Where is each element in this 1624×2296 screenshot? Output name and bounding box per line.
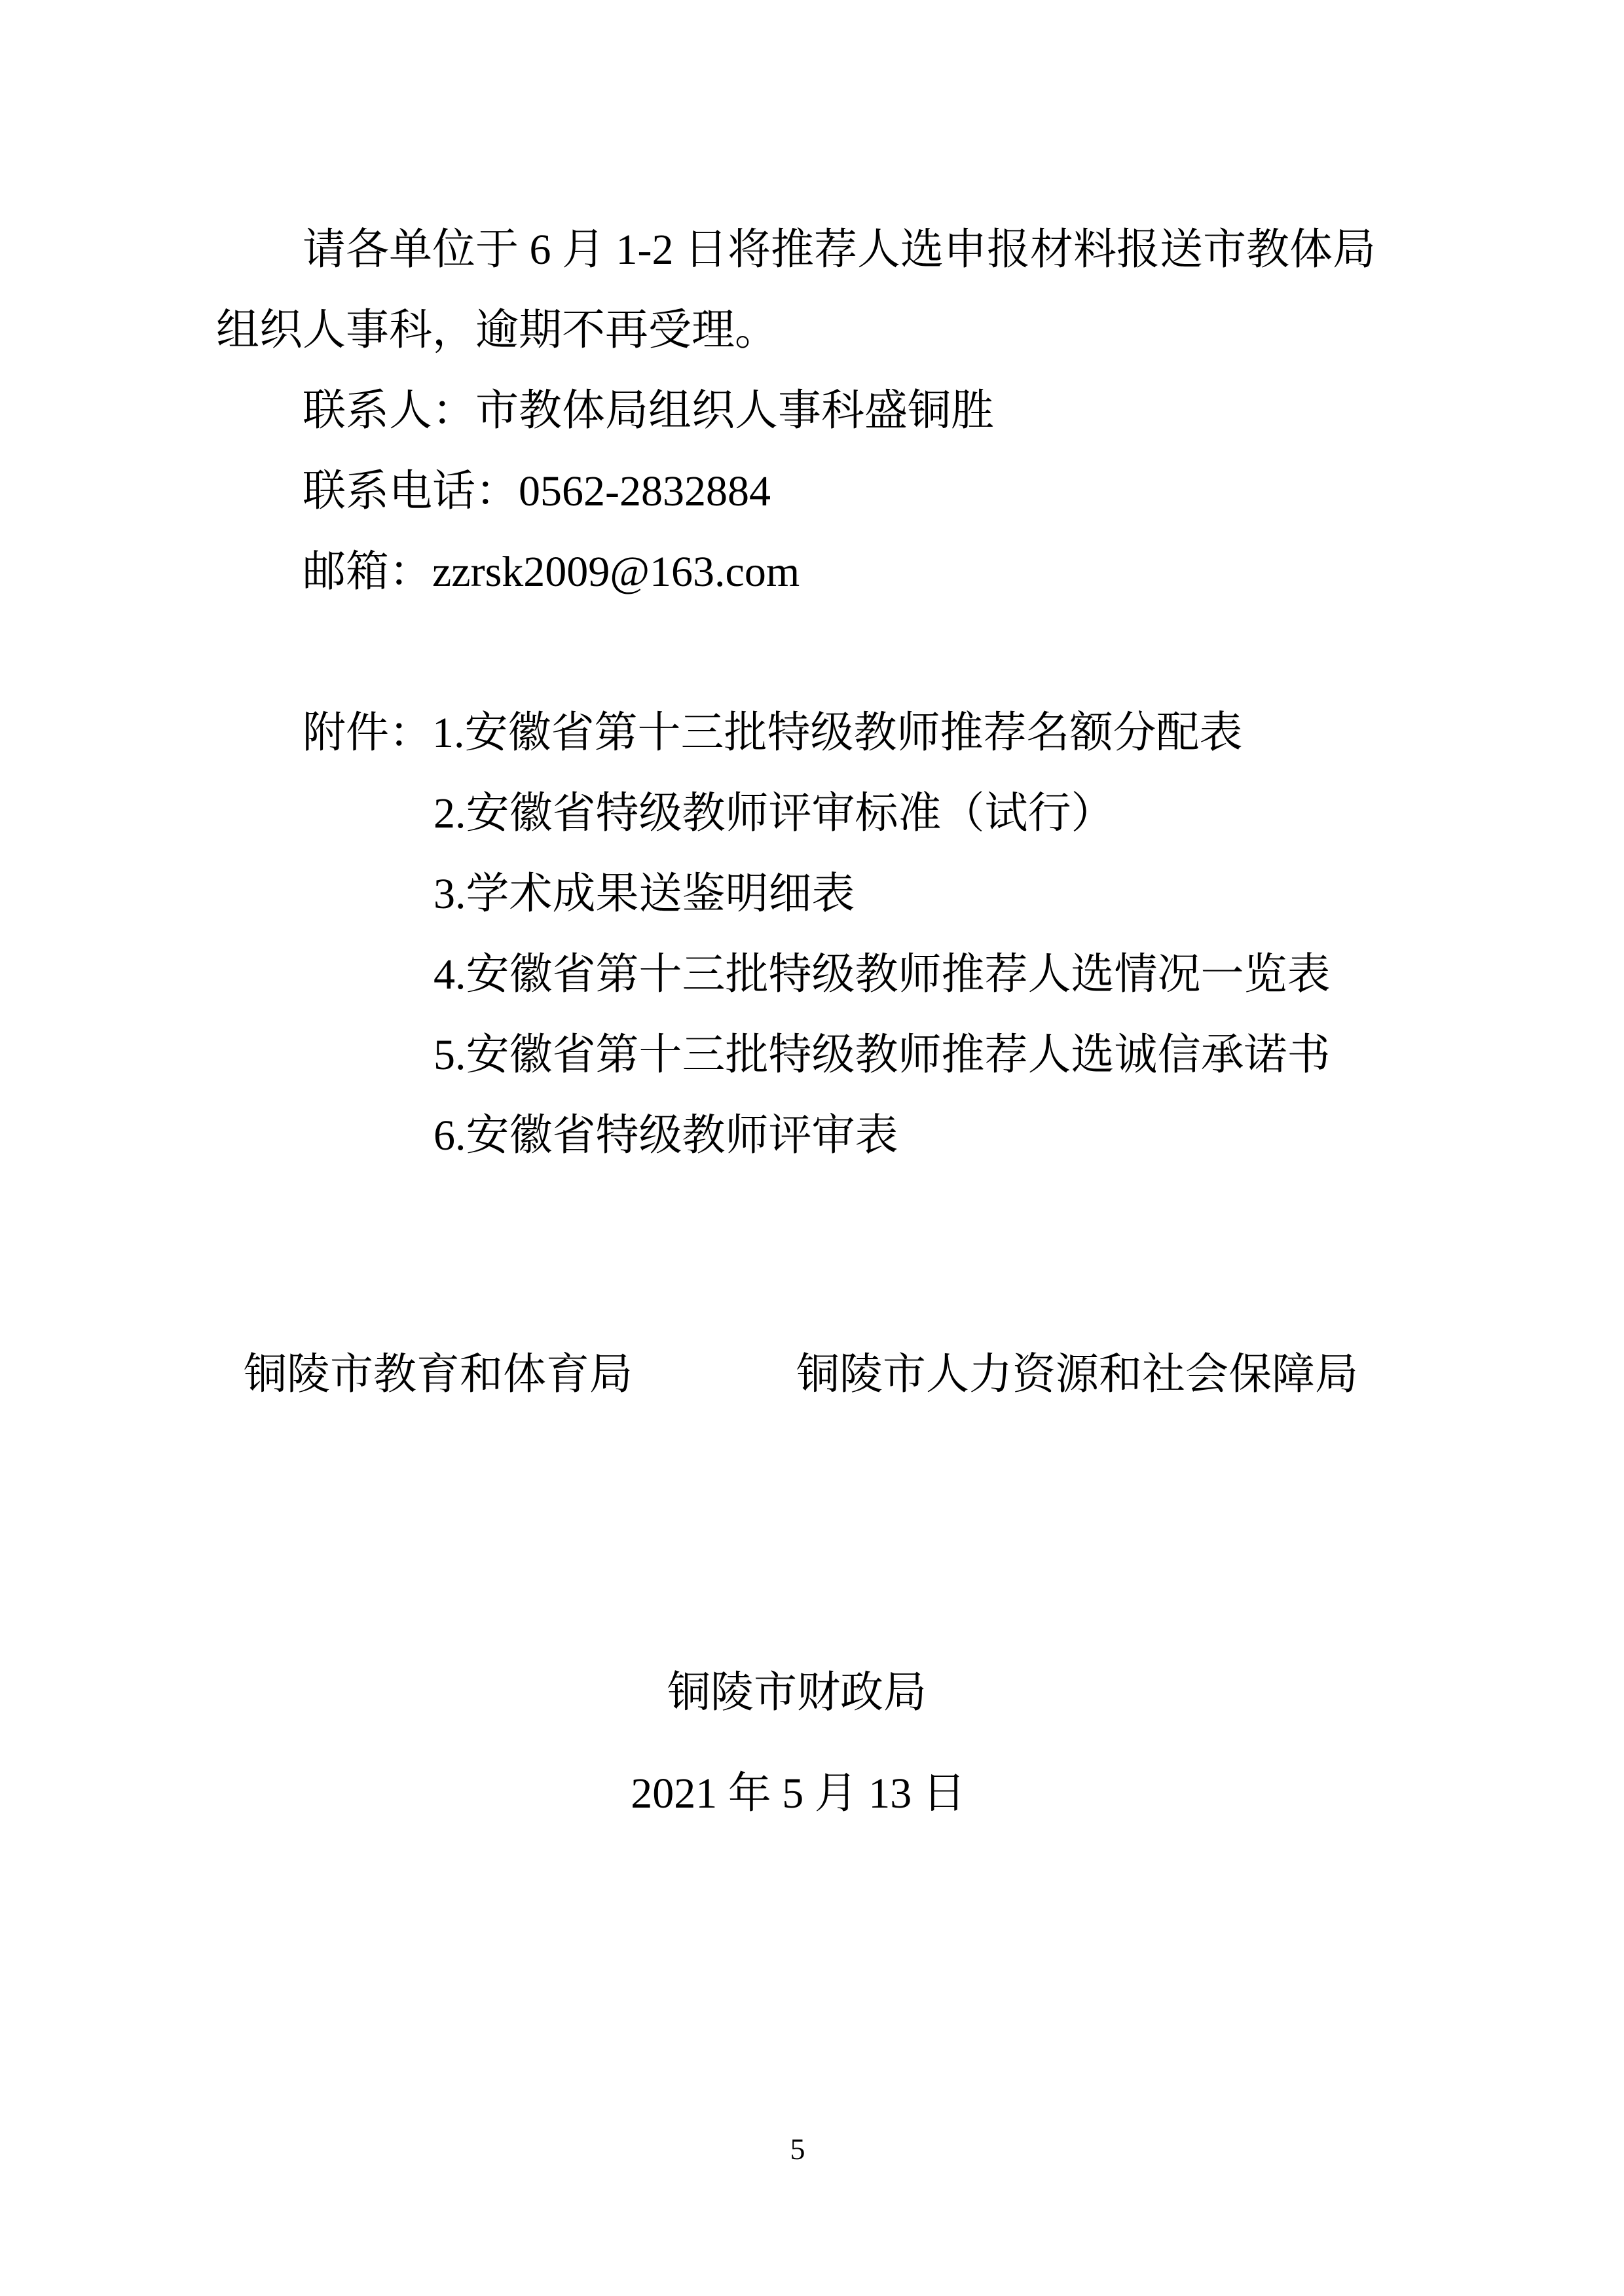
- document-body: 请各单位于 6 月 1-2 日将推荐人选申报材料报送市教体局 组织人事科，逾期不…: [216, 210, 1408, 1176]
- blank-line: [216, 612, 1408, 693]
- attachment-item-1: 1.安徽省第十三批特级教师推荐名额分配表: [432, 709, 1243, 757]
- signature-date: 2021 年 5 月 13 日: [202, 1753, 1394, 1834]
- signature-orgs-row: 铜陵市教育和体育局 铜陵市人力资源和社会保障局: [216, 1334, 1408, 1415]
- attachment-item-5: 5.安徽省第十三批特级教师推荐人选诚信承诺书: [216, 1015, 1408, 1095]
- attachments-first-line: 附件：1.安徽省第十三批特级教师推荐名额分配表: [216, 693, 1408, 773]
- attachment-item-2: 2.安徽省特级教师评审标准（试行）: [216, 773, 1408, 854]
- paragraph-deadline-line-1: 请各单位于 6 月 1-2 日将推荐人选申报材料报送市教体局: [216, 210, 1408, 290]
- org-human-resources-bureau: 铜陵市人力资源和社会保障局: [796, 1334, 1358, 1415]
- contact-person-line: 联系人：市教体局组织人事科盛铜胜: [216, 371, 1408, 451]
- org-finance-bureau: 铜陵市财政局: [201, 1652, 1393, 1733]
- attachments-label: 附件：: [303, 709, 432, 757]
- page-number: 5: [202, 2130, 1393, 2169]
- attachment-item-3: 3.学术成果送鉴明细表: [216, 854, 1408, 934]
- contact-email-line: 邮箱：zzrsk2009@163.com: [216, 532, 1408, 612]
- paragraph-deadline-line-2: 组织人事科，逾期不再受理。: [216, 290, 1408, 371]
- contact-phone-line: 联系电话：0562-2832884: [216, 451, 1408, 532]
- attachment-item-6: 6.安徽省特级教师评审表: [216, 1095, 1408, 1176]
- org-education-sports-bureau: 铜陵市教育和体育局: [244, 1334, 633, 1415]
- attachment-item-4: 4.安徽省第十三批特级教师推荐人选情况一览表: [216, 934, 1408, 1015]
- document-page: 请各单位于 6 月 1-2 日将推荐人选申报材料报送市教体局 组织人事科，逾期不…: [0, 0, 1624, 2296]
